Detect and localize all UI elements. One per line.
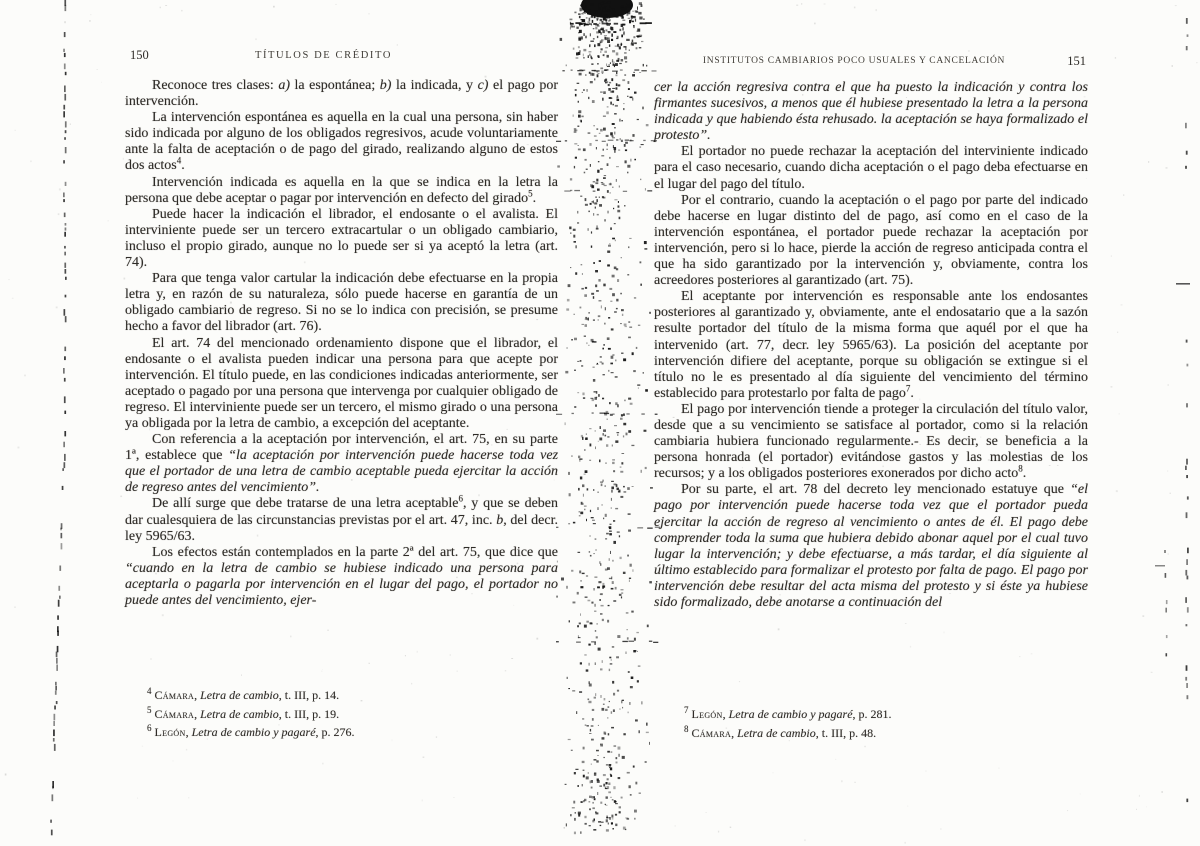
text-segment: . xyxy=(1023,466,1027,481)
text-segment: El portador no puede rechazar la aceptac… xyxy=(654,144,1088,191)
paragraph: La intervención espontánea es aquella en… xyxy=(125,110,558,174)
text-segment: b) xyxy=(380,78,392,93)
paragraph: El portador no puede rechazar la aceptac… xyxy=(654,144,1088,192)
text-segment: La intervención espontánea es aquella en… xyxy=(125,110,558,173)
text-segment: , t. III, p. 14. xyxy=(279,688,339,702)
text-segment: a) xyxy=(278,78,290,93)
paragraph: Por el contrario, cuando la aceptación o… xyxy=(654,193,1088,290)
page-body-left: Reconoce tres clases: a) la espontánea; … xyxy=(125,78,558,609)
footnotes-left: 4 Cámara, Letra de cambio, t. III, p. 14… xyxy=(125,686,558,742)
footnote-number: 4 xyxy=(147,686,152,696)
running-head-left: 150 TÍTULOS DE CRÉDITO xyxy=(125,50,558,61)
text-segment: Legón xyxy=(692,707,723,721)
text-segment: Cámara xyxy=(155,688,195,702)
text-segment: Letra de cambio xyxy=(200,707,279,721)
page-150: 150 TÍTULOS DE CRÉDITO Reconoce tres cla… xyxy=(125,0,558,846)
text-segment: la indicada, y xyxy=(391,78,477,93)
text-segment: cer la acción regresiva contra el que ha… xyxy=(654,80,1088,143)
text-segment: Cámara xyxy=(155,707,195,721)
text-segment: , p. 281. xyxy=(853,707,892,721)
footnote-number: 8 xyxy=(684,724,689,734)
page-number-left: 150 xyxy=(130,48,149,63)
paragraph: Intervención indicada es aquella en la q… xyxy=(125,175,558,207)
text-segment: Para que tenga valor cartular la indicac… xyxy=(125,271,558,334)
text-segment: . xyxy=(181,158,185,173)
page-151: INSTITUTOS CAMBIARIOS POCO USUALES Y CAN… xyxy=(654,0,1088,846)
book-scan-spread: 150 TÍTULOS DE CRÉDITO Reconoce tres cla… xyxy=(0,0,1200,846)
text-segment: la espontánea; xyxy=(290,78,380,93)
text-segment: “el pago por intervención puede hacerse … xyxy=(654,482,1088,610)
paragraph: Por su parte, el art. 78 del decreto ley… xyxy=(654,482,1088,611)
paragraph: De allí surge que debe tratarse de una l… xyxy=(125,496,558,544)
text-segment: Letra de cambio xyxy=(200,688,279,702)
paragraph: Para que tenga valor cartular la indicac… xyxy=(125,271,558,335)
paragraph: Con referencia a la aceptación por inter… xyxy=(125,432,558,496)
text-segment: “cuando en la letra de cambio se hubiese… xyxy=(125,561,558,608)
page-number-right: 151 xyxy=(1067,54,1086,69)
paragraph: cer la acción regresiva contra el que ha… xyxy=(654,80,1088,144)
text-segment: . xyxy=(910,386,914,401)
running-title-left: TÍTULOS DE CRÉDITO xyxy=(125,50,558,61)
text-segment: Puede hacer la indicación el librador, e… xyxy=(125,207,558,270)
footnote-number: 7 xyxy=(684,705,689,715)
paragraph: Reconoce tres clases: a) la espontánea; … xyxy=(125,78,558,110)
text-segment: Intervención indicada es aquella en la q… xyxy=(125,175,558,206)
text-segment: El aceptante por intervención es respons… xyxy=(654,289,1088,401)
footnote-number: 5 xyxy=(147,705,152,715)
text-segment: , p. 276. xyxy=(316,725,355,739)
text-segment: Letra de cambio xyxy=(737,726,816,740)
text-segment: Letra de cambio y pagaré xyxy=(192,725,316,739)
text-segment: Legón xyxy=(155,725,186,739)
running-title-right: INSTITUTOS CAMBIARIOS POCO USUALES Y CAN… xyxy=(654,56,1088,66)
footnote: 5 Cámara, Letra de cambio, t. III, p. 19… xyxy=(147,705,558,724)
text-segment: , t. III, p. 19. xyxy=(279,707,339,721)
text-segment: , t. III, p. 48. xyxy=(816,726,876,740)
text-segment: Los efectos están contemplados en la par… xyxy=(152,545,558,560)
page-body-right: cer la acción regresiva contra el que ha… xyxy=(654,80,1088,611)
footnote-number: 6 xyxy=(147,723,152,733)
paragraph: Los efectos están contemplados en la par… xyxy=(125,545,558,609)
text-segment: Por el contrario, cuando la aceptación o… xyxy=(654,193,1088,288)
paragraph: Puede hacer la indicación el librador, e… xyxy=(125,207,558,271)
footnote: 6 Legón, Letra de cambio y pagaré, p. 27… xyxy=(147,723,558,742)
text-segment: Por su parte, el art. 78 del decreto ley… xyxy=(681,482,1070,497)
text-segment: Reconoce tres clases: xyxy=(152,78,278,93)
footnote: 8 Cámara, Letra de cambio, t. III, p. 48… xyxy=(684,724,1088,743)
text-segment: c) xyxy=(478,78,489,93)
footnotes-right: 7 Legón, Letra de cambio y pagaré, p. 28… xyxy=(654,705,1088,742)
paragraph: El art. 74 del mencionado ordenamiento d… xyxy=(125,336,558,433)
text-segment: . xyxy=(533,191,537,206)
text-segment: Letra de cambio y pagaré xyxy=(729,707,853,721)
running-head-right: INSTITUTOS CAMBIARIOS POCO USUALES Y CAN… xyxy=(654,56,1088,66)
paragraph: El pago por intervención tiende a proteg… xyxy=(654,402,1088,482)
text-segment: De allí surge que debe tratarse de una l… xyxy=(152,496,458,511)
paragraph: El aceptante por intervención es respons… xyxy=(654,289,1088,402)
footnote: 4 Cámara, Letra de cambio, t. III, p. 14… xyxy=(147,686,558,705)
footnote: 7 Legón, Letra de cambio y pagaré, p. 28… xyxy=(684,705,1088,724)
text-segment: El art. 74 del mencionado ordenamiento d… xyxy=(125,336,558,431)
text-segment: Cámara xyxy=(692,726,732,740)
